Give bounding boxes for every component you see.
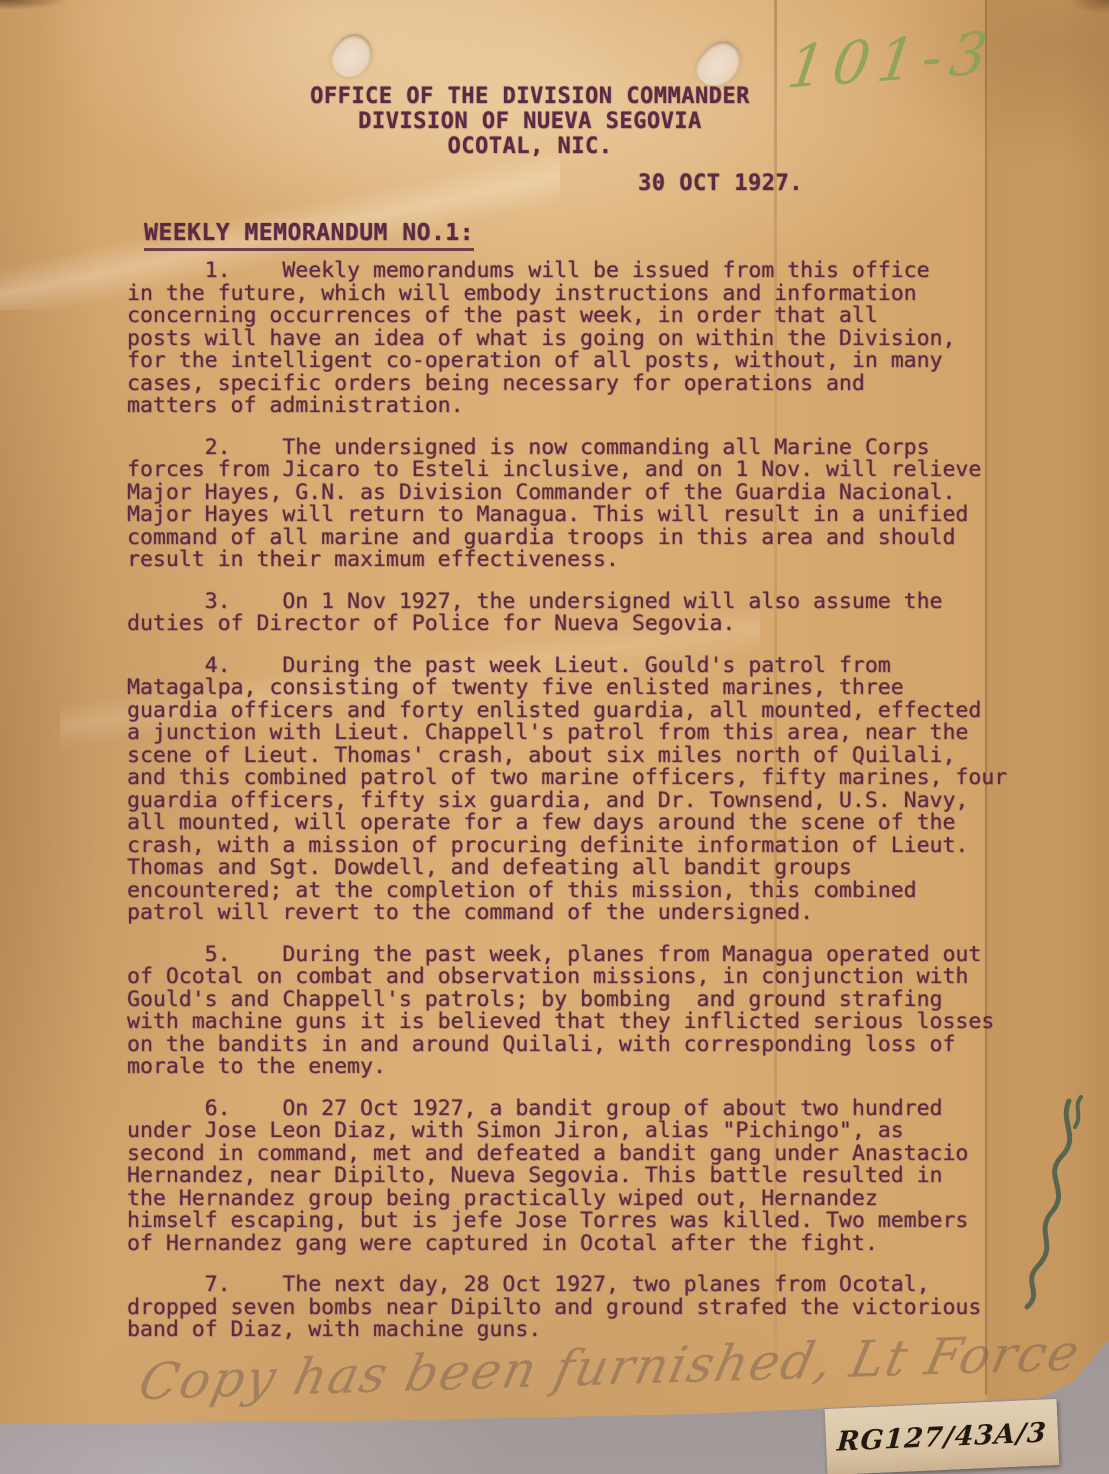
scanned-document-photo: { "page": { "width": 1109, "height": 147…: [0, 0, 1109, 1474]
letterhead-location-line: OCOTAL, NIC.: [230, 134, 830, 159]
paragraph-3: 3. On 1 Nov 1927, the undersigned will a…: [127, 591, 1077, 636]
edge-fleck-top-left: [0, 0, 70, 10]
memo-body: 1. Weekly memorandums will be issued fro…: [127, 260, 1077, 1361]
letterhead-office-line: OFFICE OF THE DIVISION COMMANDER: [230, 84, 830, 109]
date-line: 30 OCT 1927.: [638, 171, 803, 196]
paper-sheet: 101-3 OFFICE OF THE DIVISION COMMANDER D…: [0, 0, 1109, 1430]
paragraph-6: 6. On 27 Oct 1927, a bandit group of abo…: [127, 1098, 1077, 1256]
edge-fleck-top-right: [1069, 0, 1109, 14]
archive-label-text: RG127/43A/3: [836, 1417, 1048, 1457]
margin-ink-scribble: [985, 1095, 1095, 1315]
paragraph-5: 5. During the past week, planes from Man…: [127, 944, 1077, 1079]
archive-label-slip: RG127/43A/3: [825, 1399, 1060, 1474]
paragraph-2: 2. The undersigned is now commanding all…: [127, 437, 1077, 572]
memo-title: WEEKLY MEMORANDUM NO.1:: [144, 220, 474, 251]
letterhead-division-line: DIVISION OF NUEVA SEGOVIA: [230, 109, 830, 134]
paragraph-4: 4. During the past week Lieut. Gould's p…: [127, 655, 1077, 925]
letterhead: OFFICE OF THE DIVISION COMMANDER DIVISIO…: [230, 84, 830, 159]
punch-hole-left: [323, 27, 381, 85]
paragraph-1: 1. Weekly memorandums will be issued fro…: [127, 260, 1077, 418]
